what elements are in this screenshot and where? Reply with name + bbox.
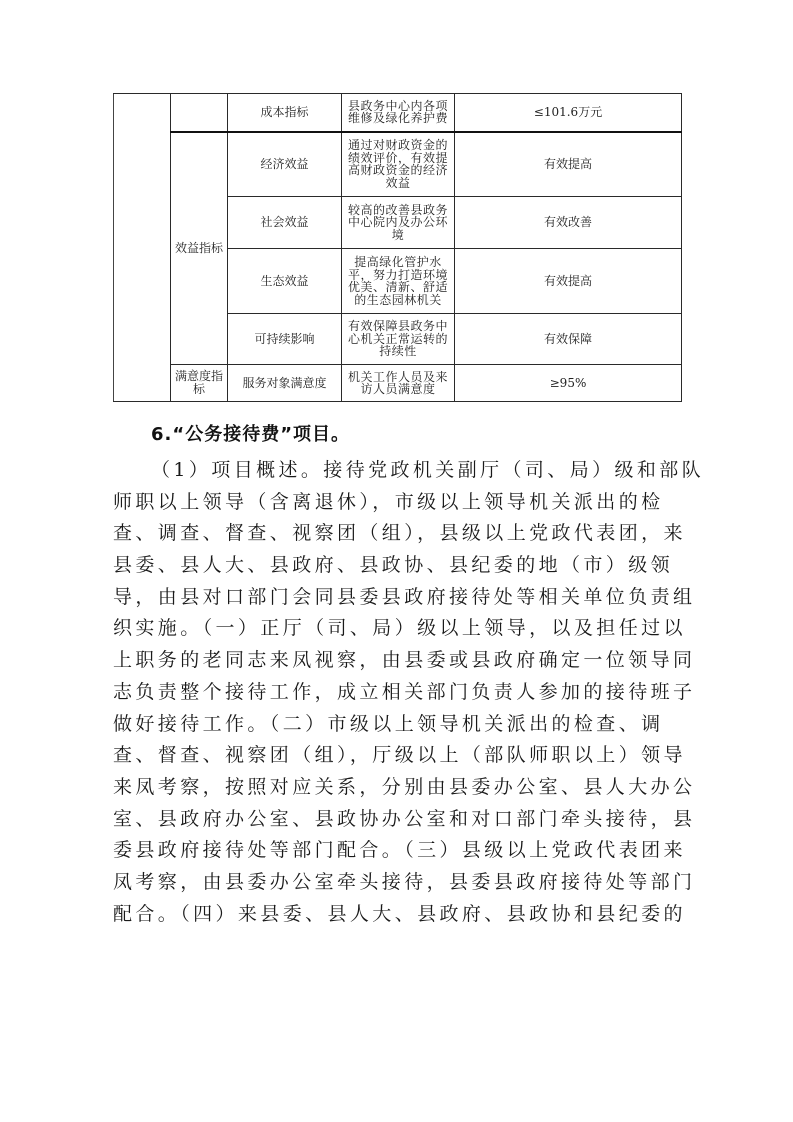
section-heading: 6.“公务接待费”项目。: [151, 420, 350, 446]
indicator-description-cell: 有效保障县政务中心机关正常运转的持续性: [342, 314, 455, 365]
indicator-value-cell: 有效改善: [455, 197, 682, 249]
level3-indicator-cell: 可持续影响: [228, 314, 342, 365]
paragraph-line: 室、县政府办公室、县政协办公室和对口部门牵头接待，县: [113, 804, 689, 836]
table-row: 成本指标 县政务中心内各项维修及绿化养护费 ≤101.6万元: [114, 94, 682, 132]
paragraph-line: 上职务的老同志来凤视察，由县委或县政府确定一位领导同: [113, 645, 689, 677]
paragraph-line: 凤考察，由县委办公室牵头接待，县委县政府接待处等部门: [113, 867, 689, 899]
level3-indicator-cell: 社会效益: [228, 197, 342, 249]
indicator-value-cell: 有效提高: [455, 132, 682, 197]
paragraph-line: 志负责整个接待工作，成立相关部门负责人参加的接待班子: [113, 677, 689, 709]
indicator-description-cell: 提高绿化管护水平，努力打造环境优美、清新、舒适的生态园林机关: [342, 249, 455, 314]
level1-indicator-cell: [114, 94, 171, 402]
paragraph-line: 县委、县人大、县政府、县政协、县纪委的地（市）级领: [113, 550, 689, 582]
indicator-description-cell: 机关工作人员及来访人员满意度: [342, 365, 455, 402]
level3-indicator-cell: 成本指标: [228, 94, 342, 132]
paragraph-line: （1）项目概述。接待党政机关副厅（司、局）级和部队: [113, 455, 689, 487]
paragraph-line: 做好接待工作。（二）市级以上领导机关派出的检查、调: [113, 709, 689, 741]
indicator-value-cell: ≤101.6万元: [455, 94, 682, 132]
indicator-description-cell: 较高的改善县政务中心院内及办公环境: [342, 197, 455, 249]
indicator-description-cell: 县政务中心内各项维修及绿化养护费: [342, 94, 455, 132]
paragraph-line: 配合。（四）来县委、县人大、县政府、县政协和县纪委的: [113, 899, 689, 931]
indicator-value-cell: 有效提高: [455, 249, 682, 314]
performance-indicator-table: 成本指标 县政务中心内各项维修及绿化养护费 ≤101.6万元 效益指标 经济效益…: [113, 93, 682, 402]
paragraph-line: 查、督查、视察团（组），厅级以上（部队师职以上）领导: [113, 740, 689, 772]
section-paragraph: （1）项目概述。接待党政机关副厅（司、局）级和部队 师职以上领导（含离退休），市…: [113, 455, 689, 930]
paragraph-line: 来凤考察，按照对应关系，分别由县委办公室、县人大办公: [113, 772, 689, 804]
paragraph-line: 织实施。（一）正厅（司、局）级以上领导，以及担任过以: [113, 613, 689, 645]
level3-indicator-cell: 服务对象满意度: [228, 365, 342, 402]
level2-indicator-cell: 效益指标: [171, 132, 228, 365]
level2-indicator-cell: [171, 94, 228, 132]
paragraph-line: 查、调查、督查、视察团（组），县级以上党政代表团，来: [113, 518, 689, 550]
level3-indicator-cell: 经济效益: [228, 132, 342, 197]
level2-indicator-cell: 满意度指标: [171, 365, 228, 402]
level3-indicator-cell: 生态效益: [228, 249, 342, 314]
indicator-value-cell: ≥95%: [455, 365, 682, 402]
paragraph-line: 委县政府接待处等部门配合。（三）县级以上党政代表团来: [113, 835, 689, 867]
indicator-description-cell: 通过对财政资金的绩效评价，有效提高财政资金的经济效益: [342, 132, 455, 197]
paragraph-line: 师职以上领导（含离退休），市级以上领导机关派出的检: [113, 487, 689, 519]
table-row: 效益指标 经济效益 通过对财政资金的绩效评价，有效提高财政资金的经济效益 有效提…: [114, 132, 682, 197]
table-row: 满意度指标 服务对象满意度 机关工作人员及来访人员满意度 ≥95%: [114, 365, 682, 402]
indicator-value-cell: 有效保障: [455, 314, 682, 365]
document-page: 成本指标 县政务中心内各项维修及绿化养护费 ≤101.6万元 效益指标 经济效益…: [0, 0, 793, 1122]
paragraph-line: 导，由县对口部门会同县委县政府接待处等相关单位负责组: [113, 582, 689, 614]
